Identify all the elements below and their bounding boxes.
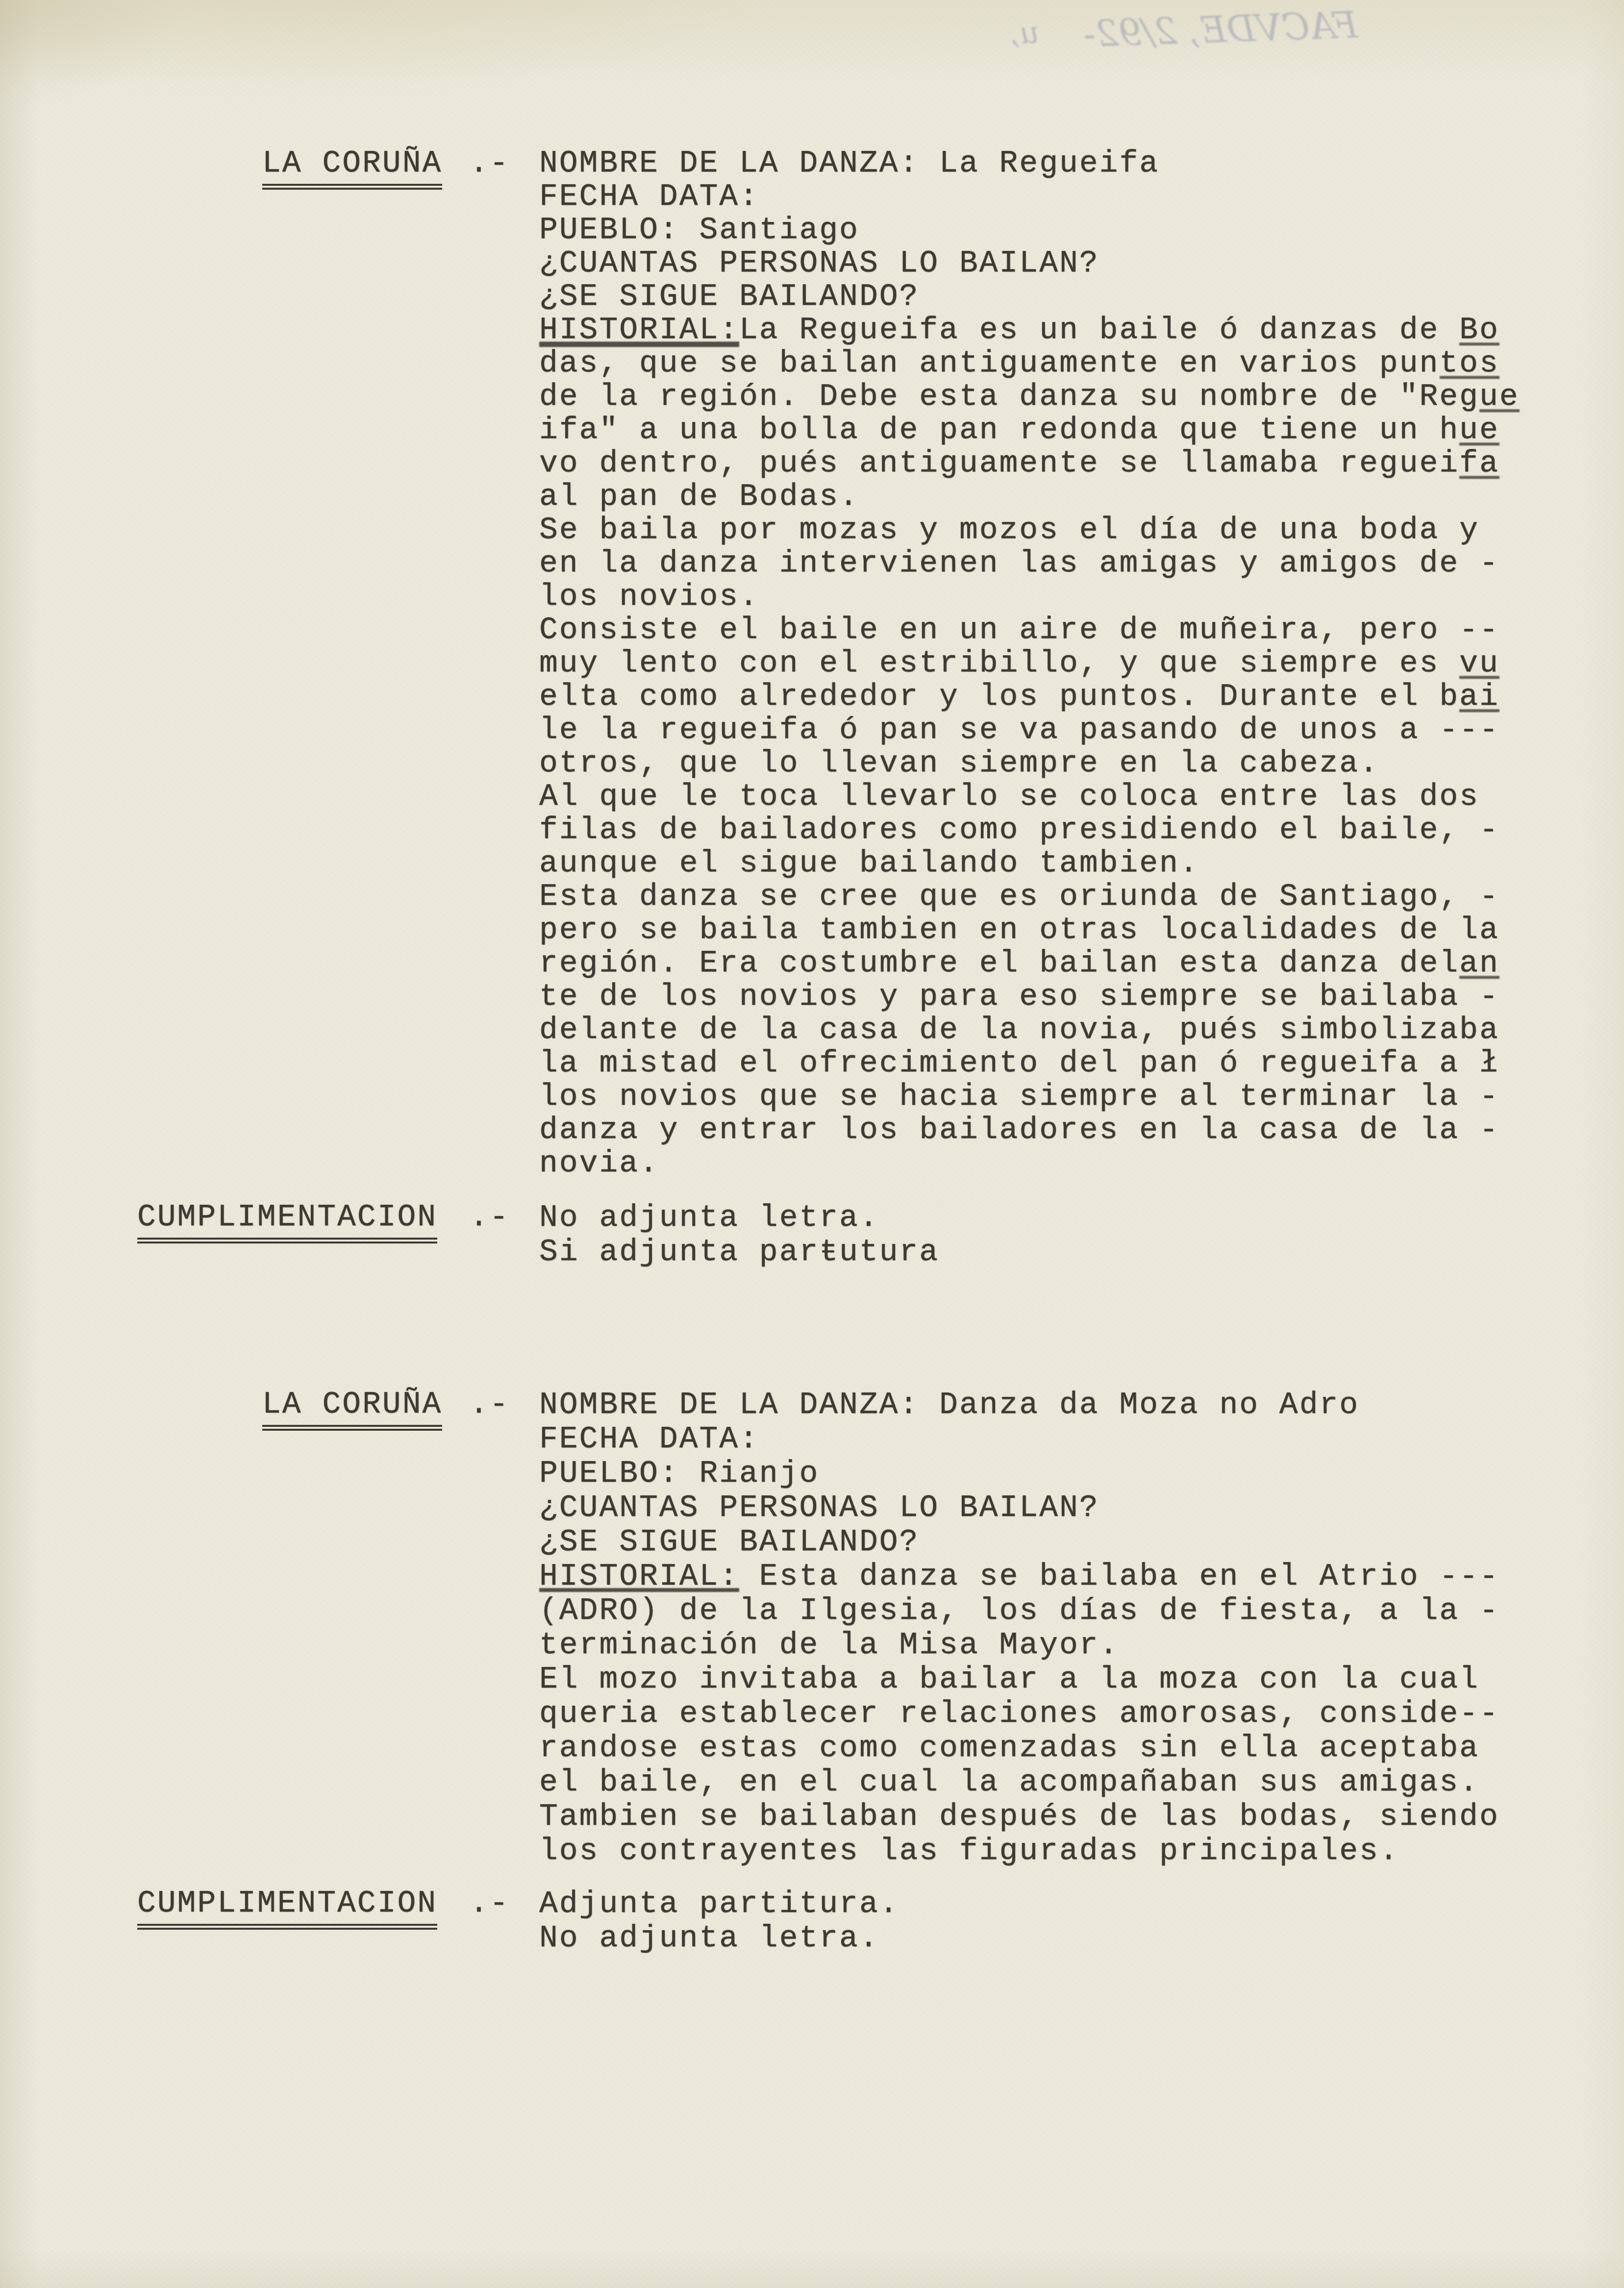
section-body: No adjunta letra. Si adjunta parŧutura	[539, 1201, 939, 1269]
cumplimentacion-label: CUMPLIMENTACION	[137, 1201, 437, 1243]
cumplimentacion-label: CUMPLIMENTACION	[137, 1887, 437, 1930]
label-separator: .-	[470, 1388, 510, 1421]
region-label: LA CORUÑA	[262, 147, 442, 190]
document-page: u, FACVDE, 2/92- LA CORUÑA .- NOMBRE DE …	[0, 0, 1624, 2288]
continuation-mark	[1459, 676, 1499, 679]
section-body: Adjunta partitura. No adjunta letra.	[539, 1887, 899, 1956]
label-separator: .-	[470, 1887, 510, 1920]
continuation-mark	[1459, 343, 1499, 346]
historial-underline	[539, 342, 739, 347]
region-label: LA CORUÑA	[262, 1388, 442, 1431]
continuation-mark	[1440, 376, 1499, 379]
label-separator: .-	[470, 147, 510, 180]
historial-underline	[539, 1588, 739, 1592]
continuation-mark	[1459, 476, 1499, 479]
handwritten-annotation: FACVDE, 2/92-	[1083, 4, 1359, 55]
continuation-mark	[1459, 976, 1499, 979]
continuation-mark	[1459, 443, 1499, 446]
section-body: NOMBRE DE LA DANZA: La Regueifa FECHA DA…	[539, 147, 1520, 1180]
continuation-mark	[1459, 709, 1499, 712]
label-separator: .-	[470, 1201, 510, 1234]
section-body: NOMBRE DE LA DANZA: Danza da Moza no Adr…	[539, 1388, 1499, 1868]
handwritten-annotation-small: u,	[1009, 14, 1040, 51]
continuation-mark	[1479, 409, 1520, 412]
